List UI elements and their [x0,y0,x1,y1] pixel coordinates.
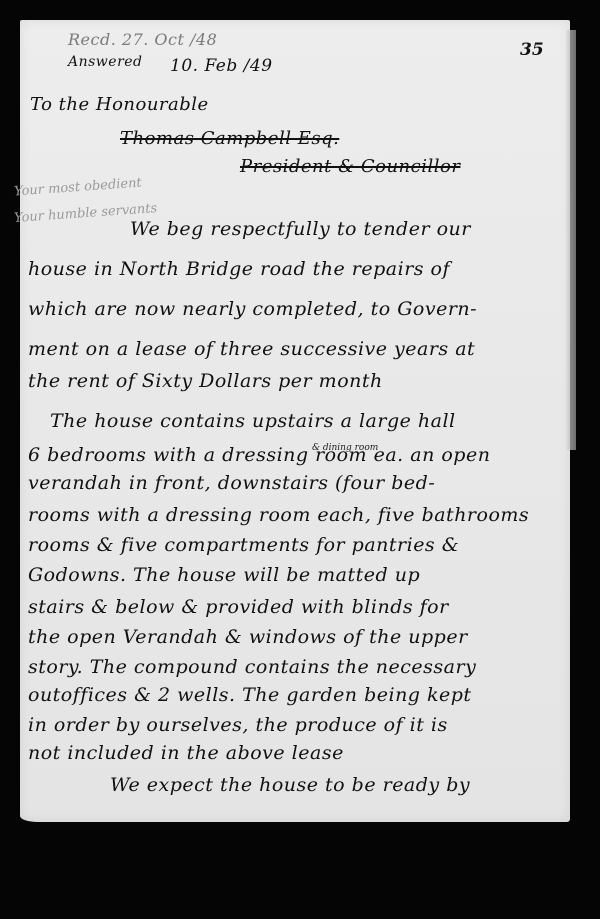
addressee-name: Thomas Campbell Esq. [120,128,339,149]
body-line: Godowns. The house will be matted up [28,564,420,586]
body-line: not included in the above lease [28,742,344,764]
body-line: the open Verandah & windows of the upper [28,626,468,648]
addressee-salutation: To the Honourable [30,94,209,115]
document-page: Recd. 27. Oct /48 Answered 10. Feb /49 T… [20,20,570,822]
body-line: The house contains upstairs a large hall [50,410,456,432]
body-line: the rent of Sixty Dollars per month [28,370,383,392]
received-annotation: Recd. 27. Oct /48 [68,30,217,49]
bleedthrough-text-1: Your most obedient [14,176,143,200]
body-line: which are now nearly completed, to Gover… [28,298,477,320]
interlinear-insertion: & dining room [312,443,378,453]
body-line: rooms & five compartments for pantries & [28,534,459,556]
body-line: stairs & below & provided with blinds fo… [28,596,449,618]
answered-date: 10. Feb /49 [170,56,273,76]
body-line: We beg respectfully to tender our [130,218,471,240]
body-line: outoffices & 2 wells. The garden being k… [28,684,472,706]
body-line: house in North Bridge road the repairs o… [28,258,450,280]
body-line: in order by ourselves, the produce of it… [28,714,448,736]
body-line: verandah in front, downstairs (four bed- [28,472,435,494]
answered-annotation: Answered [68,54,143,70]
body-line: rooms with a dressing room each, five ba… [28,504,529,526]
body-line: 6 bedrooms with a dressing room ea. an o… [28,444,490,466]
body-line: story. The compound contains the necessa… [28,656,476,678]
page-edge [566,30,576,450]
body-line: ment on a lease of three successive year… [28,338,475,360]
body-line: We expect the house to be ready by [110,774,470,796]
addressee-title: President & Councillor [240,156,460,177]
page-number: 35 [520,40,544,60]
